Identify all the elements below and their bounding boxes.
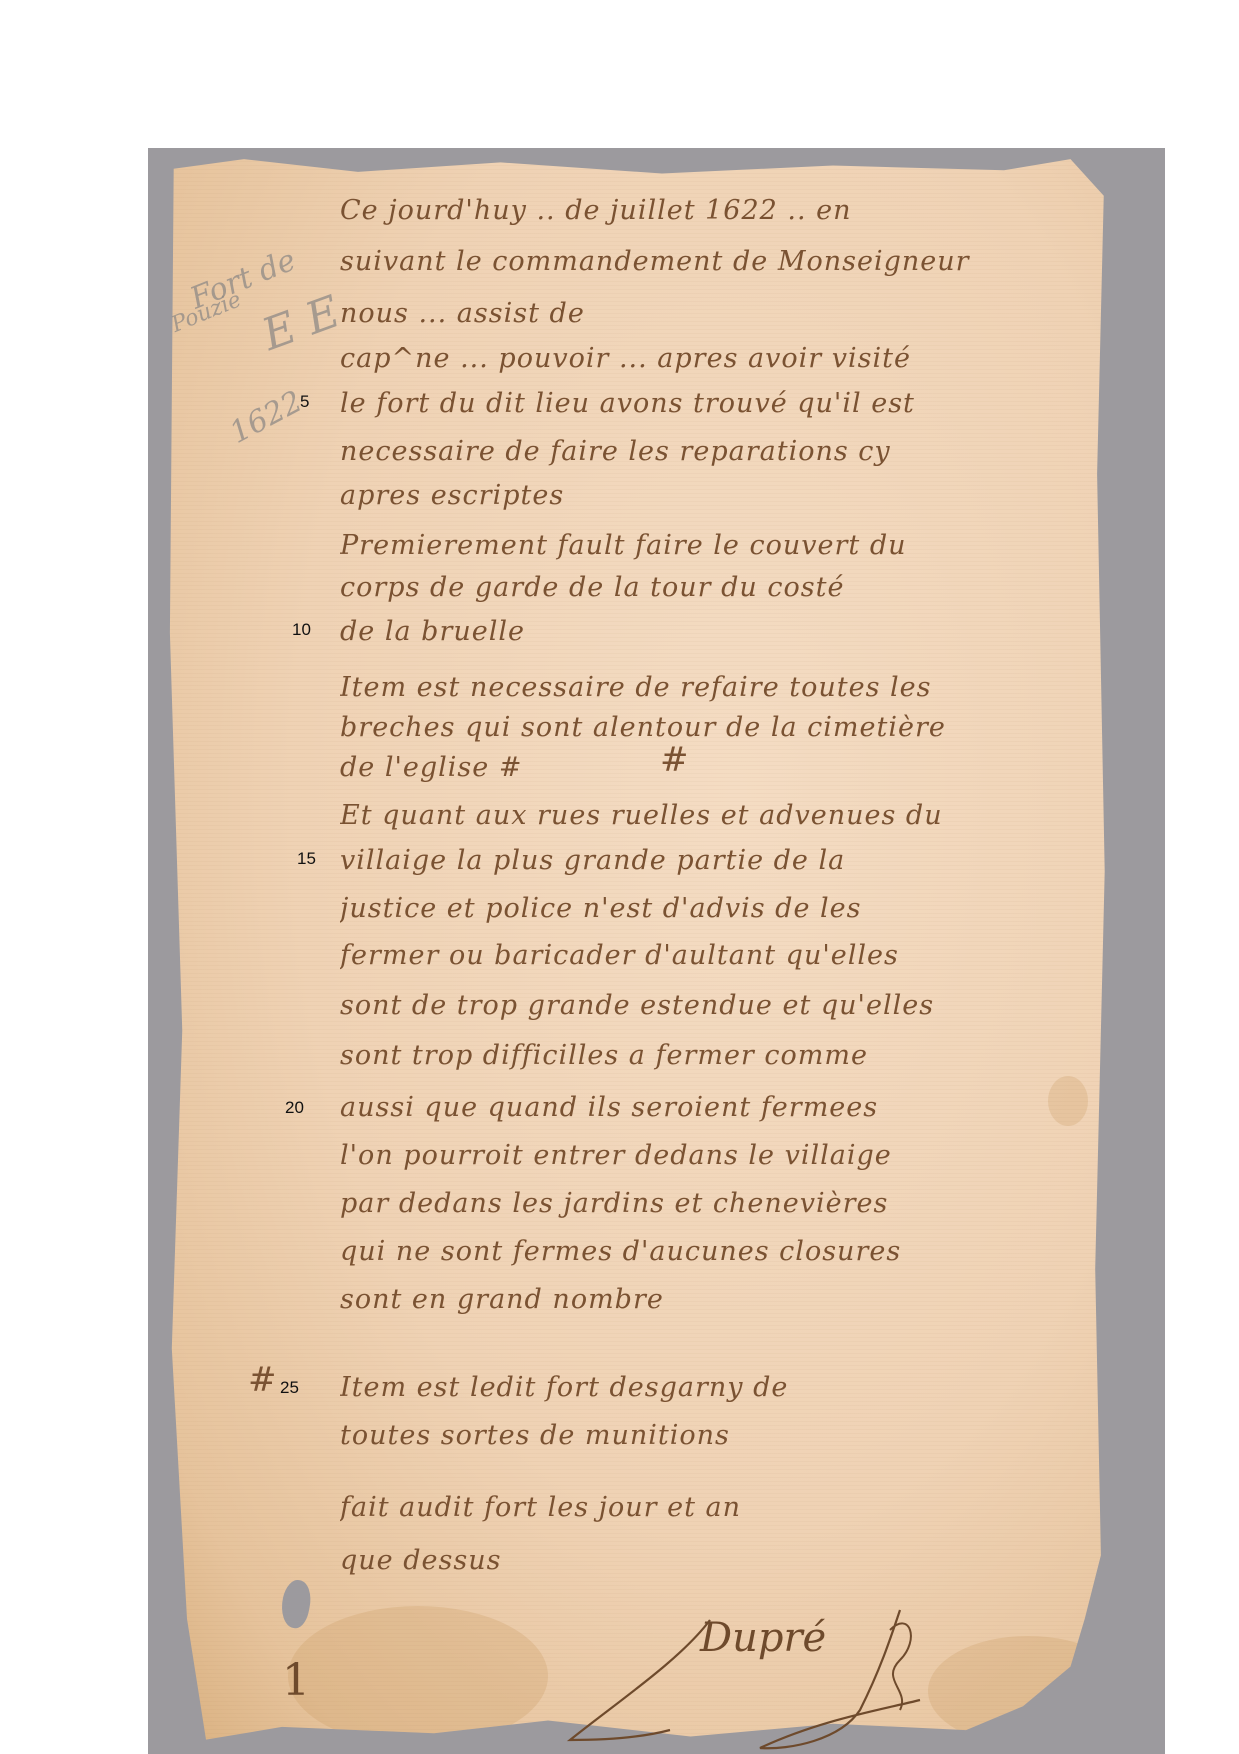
line-number-15: 15 xyxy=(297,849,316,869)
manuscript-line: le fort du dit lieu avons trouvé qu'il e… xyxy=(340,388,1100,428)
signature: Dupré xyxy=(700,1615,826,1661)
manuscript-line: toutes sortes de munitions xyxy=(340,1420,1100,1460)
page-number: 1 xyxy=(282,1655,310,1706)
manuscript-line: necessaire de faire les reparations cy xyxy=(340,436,1100,476)
manuscript-line: Premierement fault faire le couvert du xyxy=(340,530,1100,570)
manuscript-line: justice et police n'est d'advis de les xyxy=(340,893,1100,933)
manuscript-line: villaige la plus grande partie de la xyxy=(340,845,1100,885)
manuscript-line: de l'eglise # xyxy=(340,752,1100,792)
manuscript-line: corps de garde de la tour du costé xyxy=(340,572,1100,612)
manuscript-line: de la bruelle xyxy=(340,616,1100,656)
manuscript-line: Item est ledit fort desgarny de xyxy=(340,1372,1100,1412)
manuscript-line: qui ne sont fermes d'aucunes closures xyxy=(340,1236,1100,1276)
manuscript-line: fermer ou baricader d'aultant qu'elles xyxy=(340,940,1100,980)
manuscript-line: l'on pourroit entrer dedans le villaige xyxy=(340,1140,1100,1180)
manuscript-line: sont de trop grande estendue et qu'elles xyxy=(340,990,1100,1030)
margin-hash-mark: # xyxy=(248,1360,277,1400)
manuscript-line: que dessus xyxy=(340,1545,1100,1585)
manuscript-line: sont en grand nombre xyxy=(340,1284,1100,1324)
manuscript-line: breches qui sont alentour de la cimetièr… xyxy=(340,712,1100,752)
manuscript-line: Ce jourd'huy .. de juillet 1622 .. en xyxy=(340,195,1100,235)
manuscript-line: nous ... assist de xyxy=(340,298,1100,338)
line-number-25: 25 xyxy=(280,1378,299,1398)
manuscript-line: par dedans les jardins et chenevières xyxy=(340,1188,1100,1228)
manuscript-line: Et quant aux rues ruelles et advenues du xyxy=(340,800,1100,840)
line-number-5: 5 xyxy=(300,392,309,412)
line-number-20: 20 xyxy=(285,1098,304,1118)
manuscript-line: suivant le commandement de Monseigneur xyxy=(340,246,1100,286)
manuscript-line: aussi que quand ils seroient fermees xyxy=(340,1092,1100,1132)
manuscript-line: apres escriptes xyxy=(340,480,1100,520)
manuscript-line: sont trop difficilles a fermer comme xyxy=(340,1040,1100,1080)
line-number-10: 10 xyxy=(292,620,311,640)
manuscript-line: cap^ne ... pouvoir ... apres avoir visit… xyxy=(340,343,1100,383)
manuscript-line: fait audit fort les jour et an xyxy=(340,1492,1100,1532)
manuscript-line: Item est necessaire de refaire toutes le… xyxy=(340,672,1100,712)
